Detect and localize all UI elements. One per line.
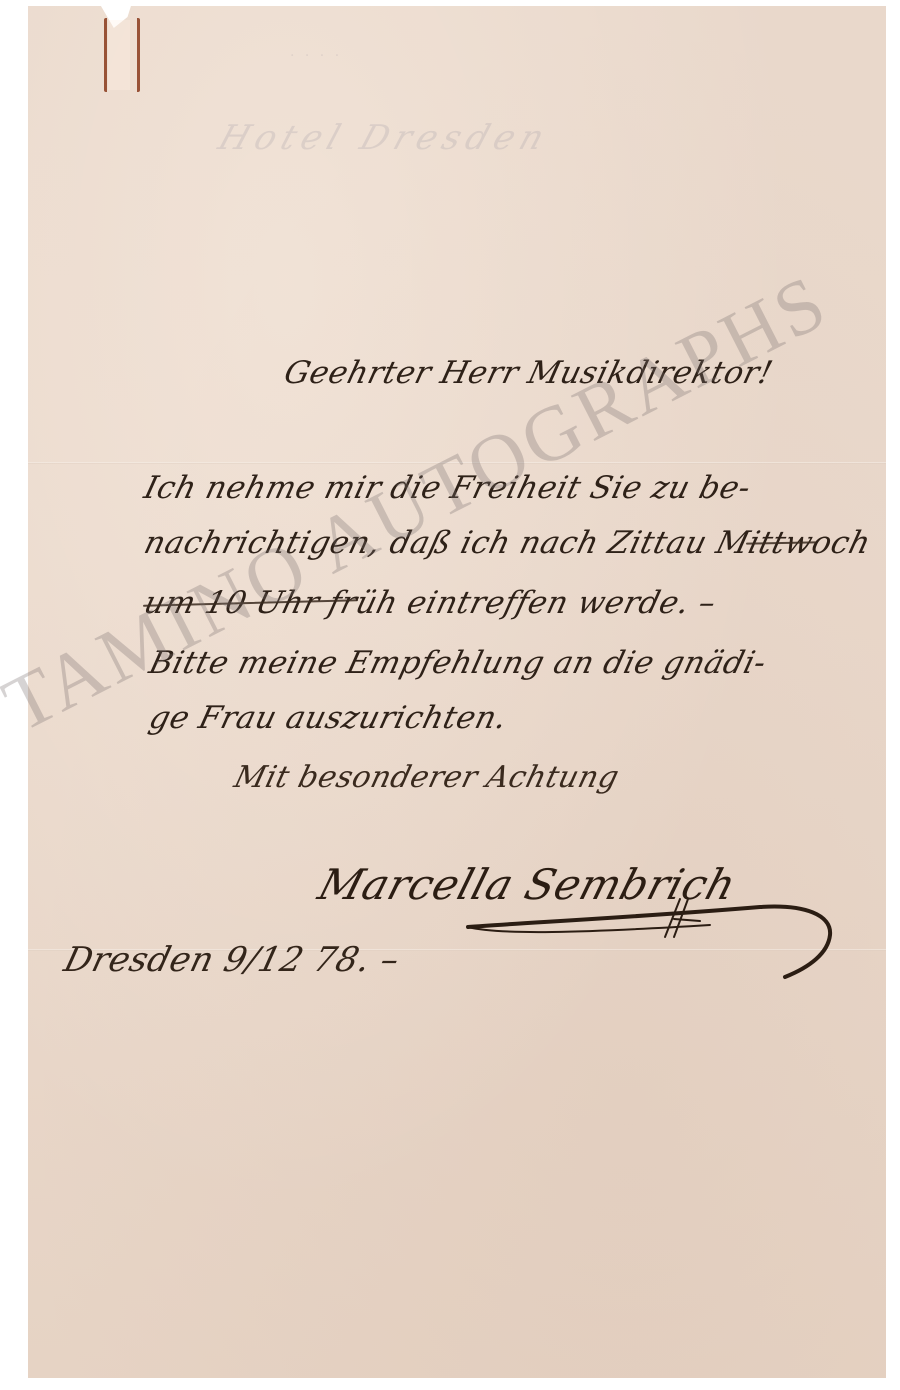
scan-stage: · · · · Hotel Dresden Geehrter Herr Musi… <box>0 0 900 1390</box>
signature-flourish-icon <box>460 895 840 985</box>
paper-fold-line <box>28 462 886 464</box>
ghost-letterhead: Hotel Dresden <box>214 118 555 158</box>
letter-paper <box>28 6 886 1378</box>
letter-salutation: Geehrter Herr Musikdirektor! <box>281 355 777 391</box>
letter-body-line: Bitte meine Empfehlung an die gnädi- <box>146 645 771 681</box>
letter-closing: Mit besonderer Achtung <box>231 760 623 795</box>
letter-date-line: Dresden 9/12 78. – <box>60 940 404 980</box>
letter-body-line: Ich nehme mir die Freiheit Sie zu be- <box>141 470 755 506</box>
letter-body-line: ge Frau auszurichten. <box>146 700 511 736</box>
ghost-letterhead-top: · · · · <box>290 48 342 64</box>
pin-hole-icon <box>104 18 140 92</box>
